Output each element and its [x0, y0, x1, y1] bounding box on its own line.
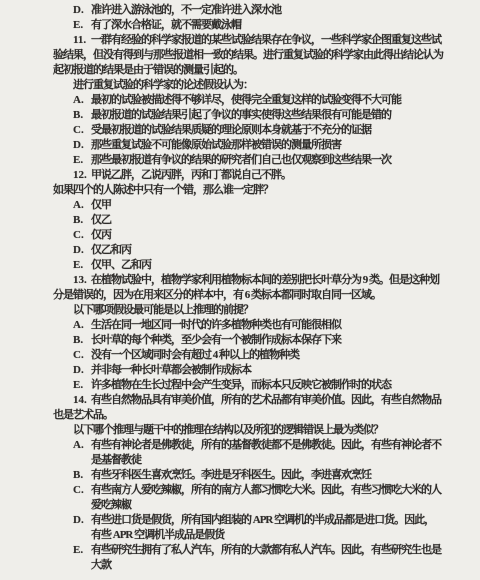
- option-line: E.那些最初报道有争议的结果的研究者们自己也仅观察到这些结果一次: [53, 153, 453, 168]
- line-text: 并非每一种长叶草都会被制作成标本: [91, 364, 251, 376]
- line-text: 长叶草的每个种类，至少会有一个被制作成标本保存下来: [91, 334, 341, 346]
- line-text: 有些研究生拥有了私人汽车，所有的大款都有私人汽车。因此，有些研究生也是: [91, 544, 441, 556]
- option-line: B.有些牙科医生喜欢烹饪。李进是牙科医生。因此，李进喜欢烹饪: [53, 468, 453, 483]
- line-text: 也是艺术品。: [53, 409, 113, 421]
- line-text: 有些进口货是假货，所有国内组装的 APR 空调机的半成品都是进口货。因此，: [91, 514, 434, 526]
- line-text: 那些最初报道有争议的结果的研究者们自己也仅观察到这些结果一次: [91, 154, 391, 166]
- line-marker: D.: [73, 3, 91, 18]
- option-line: E.许多植物在生长过程中会产生变异，而标本只反映它被制作时的状态: [53, 378, 453, 393]
- option-line: B.最初报道的试验结果引起了争议的事实使得这些结果很有可能是错的: [53, 108, 453, 123]
- stem-line: 以下哪项假设最可能是以上推理的前提？: [53, 303, 453, 318]
- line-text: 准许进入游泳池的，不一定准许进入深水池: [91, 4, 281, 16]
- line-text: 甲说乙胖，乙说丙胖，丙和丁都说自己不胖。: [91, 169, 291, 181]
- question-line: 11.一群有经验的科学家报道的某些试验结果存在争议，一些科学家企图重复这些试: [53, 33, 453, 48]
- option-continuation-line: 大款: [53, 558, 453, 573]
- line-marker: E.: [73, 18, 91, 33]
- option-line: B.仅乙: [53, 213, 453, 228]
- line-marker: D.: [73, 363, 91, 378]
- line-marker: E.: [73, 153, 91, 168]
- question-text-block: D.准许进入游泳池的，不一定准许进入深水池E.有了深水合格证，就不需要戴泳帽11…: [53, 3, 453, 573]
- line-marker: C.: [73, 123, 91, 138]
- line-text: 仅乙和丙: [91, 244, 131, 256]
- option-line: D.并非每一种长叶草都会被制作成标本: [53, 363, 453, 378]
- line-marker: D.: [73, 138, 91, 153]
- option-continuation-line: 爱吃辣椒: [53, 498, 453, 513]
- line-marker: C.: [73, 483, 91, 498]
- line-marker: B.: [73, 333, 91, 348]
- line-text: 大款: [91, 559, 111, 571]
- option-line: E.有些研究生拥有了私人汽车，所有的大款都有私人汽车。因此，有些研究生也是: [53, 543, 453, 558]
- line-text: 起初报道的结果是由于错误的测量引起的。: [53, 64, 243, 76]
- continuation-line: 验结果，但没有得到与那些报道相一致的结果。进行重复试验的科学家由此得出结论认为: [53, 48, 453, 63]
- line-text: 仅乙: [91, 214, 111, 226]
- line-text: 分是错误的，因为在用来区分的样本中，有 6 类标本都同时取自同一区域。: [53, 289, 381, 301]
- line-text: 有了深水合格证，就不需要戴泳帽: [91, 19, 241, 31]
- line-text: 有些牙科医生喜欢烹饪。李进是牙科医生。因此，李进喜欢烹饪: [91, 469, 371, 481]
- option-line: E.仅甲、乙和丙: [53, 258, 453, 273]
- question-line: 14.有些自然物品具有审美价值，所有的艺术品都有审美价值。因此，有些自然物品: [53, 393, 453, 408]
- line-marker: A.: [73, 198, 91, 213]
- line-text: 有些 APR 空调机半成品是假货: [91, 529, 224, 541]
- option-line: D.准许进入游泳池的，不一定准许进入深水池: [53, 3, 453, 18]
- line-text: 是基督教徒: [91, 454, 141, 466]
- line-marker: 12.: [73, 168, 91, 183]
- line-marker: A.: [73, 93, 91, 108]
- line-text: 仅甲、乙和丙: [91, 259, 151, 271]
- line-marker: C.: [73, 228, 91, 243]
- line-text: 在植物试验中，植物学家利用植物标本间的差别把长叶草分为 9 类。但是这种划: [91, 274, 439, 286]
- line-text: 有些有神论者是佛教徒，所有的基督教徒都不是佛教徒。因此，有些有神论者不: [91, 439, 441, 451]
- option-line: C.受最初报道的试验结果质疑的理论原则本身就基于不充分的证据: [53, 123, 453, 138]
- option-line: B.长叶草的每个种类，至少会有一个被制作成标本保存下来: [53, 333, 453, 348]
- option-continuation-line: 有些 APR 空调机半成品是假货: [53, 528, 453, 543]
- question-line: 13.在植物试验中，植物学家利用植物标本间的差别把长叶草分为 9 类。但是这种划: [53, 273, 453, 288]
- line-text: 最初报道的试验结果引起了争议的事实使得这些结果很有可能是错的: [91, 109, 391, 121]
- option-line: A.仅甲: [53, 198, 453, 213]
- line-text: 最初的试验被描述得不够详尽，使得完全重复这样的试验变得不大可能: [91, 94, 401, 106]
- line-text: 仅甲: [91, 199, 111, 211]
- line-text: 受最初报道的试验结果质疑的理论原则本身就基于不充分的证据: [91, 124, 371, 136]
- line-text: 那些重复试验不可能像原始试验那样被错误的测量所损害: [91, 139, 341, 151]
- scanned-exam-page: D.准许进入游泳池的，不一定准许进入深水池E.有了深水合格证，就不需要戴泳帽11…: [0, 0, 480, 580]
- option-line: C.仅丙: [53, 228, 453, 243]
- line-text: 有些自然物品具有审美价值，所有的艺术品都有审美价值。因此，有些自然物品: [91, 394, 441, 406]
- line-text: 以下哪项假设最可能是以上推理的前提？: [73, 304, 253, 316]
- line-marker: D.: [73, 513, 91, 528]
- line-text: 生活在同一地区同一时代的许多植物种类也有可能很相似: [91, 319, 341, 331]
- line-text: 如果四个的人陈述中只有一个错，那么谁一定胖？: [53, 184, 273, 196]
- option-line: E.有了深水合格证，就不需要戴泳帽: [53, 18, 453, 33]
- line-text: 进行重复试验的科学家的论述假设认为：: [73, 79, 253, 91]
- line-text: 没有一个区域同时会有超过 4 种以上的植物种类: [91, 349, 299, 361]
- stem-line: 以下哪个推理与题干中的推理在结构以及所犯的逻辑错误上最为类似？: [53, 423, 453, 438]
- line-marker: B.: [73, 108, 91, 123]
- option-line: A.有些有神论者是佛教徒，所有的基督教徒都不是佛教徒。因此，有些有神论者不: [53, 438, 453, 453]
- line-marker: D.: [73, 243, 91, 258]
- continuation-line: 也是艺术品。: [53, 408, 453, 423]
- line-marker: E.: [73, 258, 91, 273]
- line-marker: A.: [73, 438, 91, 453]
- line-marker: E.: [73, 543, 91, 558]
- option-line: C.没有一个区域同时会有超过 4 种以上的植物种类: [53, 348, 453, 363]
- option-line: D.那些重复试验不可能像原始试验那样被错误的测量所损害: [53, 138, 453, 153]
- line-text: 爱吃辣椒: [91, 499, 131, 511]
- line-text: 有些南方人爱吃辣椒，所有的南方人都习惯吃大米。因此，有些习惯吃大米的人: [91, 484, 441, 496]
- option-line: C.有些南方人爱吃辣椒，所有的南方人都习惯吃大米。因此，有些习惯吃大米的人: [53, 483, 453, 498]
- line-text: 以下哪个推理与题干中的推理在结构以及所犯的逻辑错误上最为类似？: [73, 424, 383, 436]
- line-text: 一群有经验的科学家报道的某些试验结果存在争议，一些科学家企图重复这些试: [91, 34, 441, 46]
- continuation-line: 分是错误的，因为在用来区分的样本中，有 6 类标本都同时取自同一区域。: [53, 288, 453, 303]
- option-continuation-line: 是基督教徒: [53, 453, 453, 468]
- line-marker: B.: [73, 213, 91, 228]
- line-marker: 14.: [73, 393, 91, 408]
- option-line: D.有些进口货是假货，所有国内组装的 APR 空调机的半成品都是进口货。因此，: [53, 513, 453, 528]
- continuation-line: 起初报道的结果是由于错误的测量引起的。: [53, 63, 453, 78]
- line-marker: 13.: [73, 273, 91, 288]
- line-text: 验结果，但没有得到与那些报道相一致的结果。进行重复试验的科学家由此得出结论认为: [53, 49, 443, 61]
- option-line: A.最初的试验被描述得不够详尽，使得完全重复这样的试验变得不大可能: [53, 93, 453, 108]
- option-line: D.仅乙和丙: [53, 243, 453, 258]
- option-line: A.生活在同一地区同一时代的许多植物种类也有可能很相似: [53, 318, 453, 333]
- continuation-line: 如果四个的人陈述中只有一个错，那么谁一定胖？: [53, 183, 453, 198]
- line-marker: E.: [73, 378, 91, 393]
- stem-line: 进行重复试验的科学家的论述假设认为：: [53, 78, 453, 93]
- question-line: 12.甲说乙胖，乙说丙胖，丙和丁都说自己不胖。: [53, 168, 453, 183]
- line-marker: A.: [73, 318, 91, 333]
- line-marker: C.: [73, 348, 91, 363]
- line-marker: 11.: [73, 33, 91, 48]
- line-text: 仅丙: [91, 229, 111, 241]
- line-marker: B.: [73, 468, 91, 483]
- line-text: 许多植物在生长过程中会产生变异，而标本只反映它被制作时的状态: [91, 379, 391, 391]
